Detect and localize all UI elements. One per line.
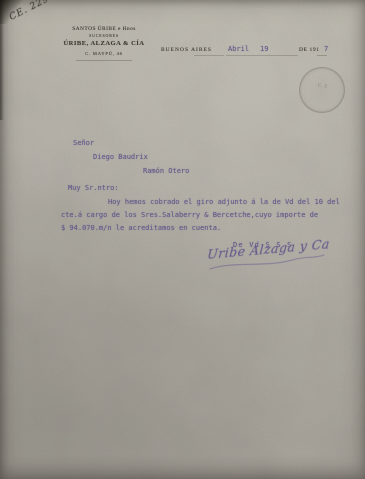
letterhead-sucesores: SUCESORES (56, 33, 152, 38)
body-line-2: cte.á cargo de los Sres.Salaberry & Berc… (61, 211, 318, 219)
letterhead-rule (76, 60, 132, 61)
dateline-rule-1 (194, 55, 224, 56)
letterhead-firm-name: ÚRIBE, ALZAGA & CÍA (56, 40, 152, 47)
typed-month: Abril (228, 45, 249, 53)
dateline-rule-3 (317, 55, 327, 56)
letterhead-address: C. MAYPÚ, 46 (56, 51, 152, 56)
typed-day: 19 (260, 45, 268, 53)
recipient-care-of: Ramón Otero (143, 167, 189, 175)
circular-stamp: C. 5 (296, 64, 348, 116)
recipient-name: Diego Baudrix (93, 153, 148, 161)
stamp-text: C. 5 (300, 80, 344, 91)
scan-edge-shadow (0, 0, 4, 120)
greeting: Muy Sr.ntro: (68, 184, 119, 192)
body-line-3: $ 94.070.m/n le acreditamos en cuenta. (61, 224, 221, 232)
letterhead-firm-line1: SANTOS ÚRIBE e Hnos (56, 26, 152, 32)
signature: Uribe Alzaga y Ca (207, 236, 338, 263)
scanned-letter: CE. 229 SANTOS ÚRIBE e Hnos SUCESORES ÚR… (0, 0, 365, 479)
dateline-rule-2 (226, 55, 298, 56)
salutation: Señor (73, 139, 94, 147)
dateline-place: BUENOS AIRES (161, 47, 212, 53)
body-line-1: Hoy hemos cobrado el giro adjunto á la d… (108, 198, 340, 206)
printed-year-prefix: DE 191 (299, 47, 320, 53)
typed-year-digit: 7 (324, 45, 328, 53)
